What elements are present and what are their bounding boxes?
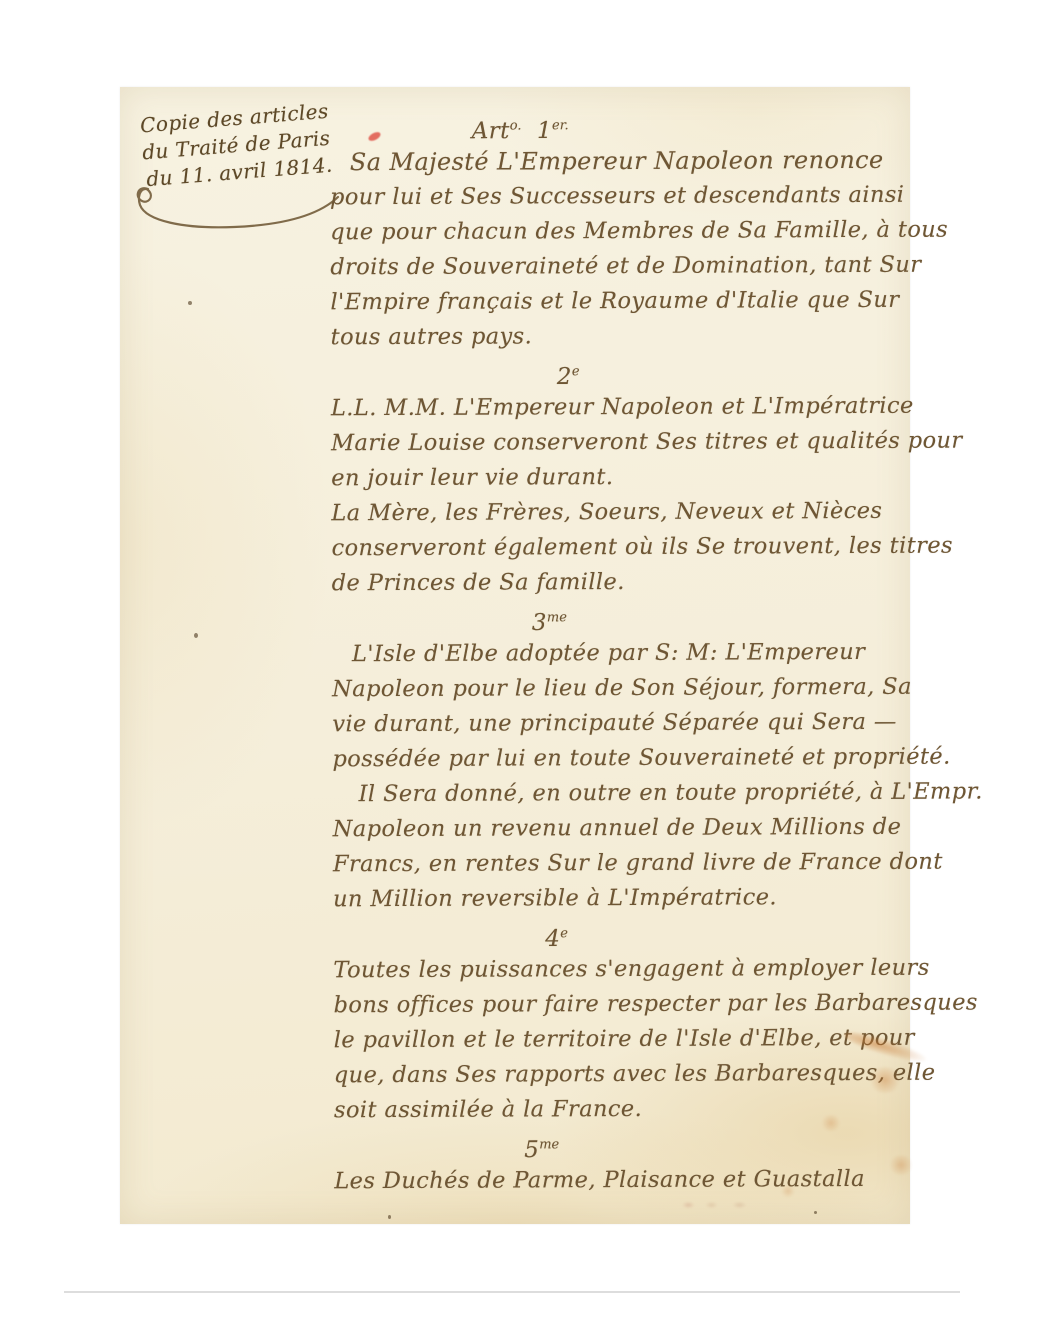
manuscript-body: Arto. 1er. Sa Majesté L'Empereur Napoleo… bbox=[330, 107, 917, 1200]
manuscript-line: Il Sera donné, en outre en toute proprié… bbox=[333, 775, 915, 813]
faint-pencil-smudge bbox=[680, 1199, 750, 1211]
manuscript-line: La Mère, les Frères, Soeurs, Neveux et N… bbox=[331, 494, 913, 532]
article-5: Les Duchés de Parme, Plaisance et Guasta… bbox=[334, 1162, 916, 1200]
manuscript-line: que pour chacun des Membres de Sa Famill… bbox=[330, 213, 912, 251]
manuscript-line: bons offices pour faire respecter par le… bbox=[333, 986, 915, 1024]
rust-stain bbox=[888, 1155, 914, 1175]
heading-label-sup: o. bbox=[510, 118, 522, 133]
article-number-suffix: e bbox=[572, 364, 580, 379]
screenshot-root: { "colors": { "paper": "#f5eeda", "ink":… bbox=[0, 0, 1040, 1338]
heading-number: 1 bbox=[537, 118, 552, 144]
article-number-3: 3me bbox=[332, 599, 914, 638]
article-number-value: 4 bbox=[545, 926, 560, 952]
ink-speck bbox=[388, 1215, 391, 1219]
manuscript-line: Francs, en rentes Sur le grand livre de … bbox=[333, 845, 915, 883]
manuscript-line: L'Isle d'Elbe adoptée par S: M: L'Empere… bbox=[332, 635, 914, 673]
manuscript-line: L.L. M.M. L'Empereur Napoleon et L'Impér… bbox=[331, 389, 913, 427]
ink-flourish bbox=[134, 183, 344, 233]
manuscript-line: en jouir leur vie durant. bbox=[331, 459, 913, 497]
rust-stain bbox=[780, 1185, 796, 1197]
manuscript-line: tous autres pays. bbox=[331, 318, 913, 356]
manuscript-line: Napoleon pour le lieu de Son Séjour, for… bbox=[332, 670, 914, 708]
heading-label: Art bbox=[472, 118, 510, 144]
manuscript-line: pour lui et Ses Successeurs et descendan… bbox=[330, 178, 912, 216]
manuscript-line: vie durant, une principauté Séparée qui … bbox=[332, 705, 914, 743]
manuscript-line: l'Empire français et le Royaume d'Italie… bbox=[330, 283, 912, 321]
manuscript-line: Les Duchés de Parme, Plaisance et Guasta… bbox=[334, 1162, 916, 1200]
article-number-suffix: me bbox=[547, 610, 567, 625]
article-number-value: 2 bbox=[557, 364, 572, 390]
manuscript-line: un Million reversible à L'Impératrice. bbox=[333, 880, 915, 918]
article-number-2: 2e bbox=[331, 353, 913, 392]
article-1: Sa Majesté L'Empereur Napoleon renonce p… bbox=[330, 143, 913, 356]
article-number-5: 5me bbox=[334, 1126, 916, 1165]
manuscript-line: que, dans Ses rapports avec les Barbares… bbox=[334, 1056, 916, 1094]
ink-speck bbox=[814, 1211, 817, 1214]
article-number-suffix: e bbox=[560, 926, 568, 941]
rust-stain bbox=[820, 1115, 842, 1131]
page-divider-line bbox=[64, 1291, 960, 1293]
article-number-value: 3 bbox=[532, 610, 547, 636]
manuscript-paper: Copie des articles du Traité de Paris du… bbox=[120, 87, 910, 1224]
manuscript-line: Marie Louise conserveront Ses titres et … bbox=[331, 424, 913, 462]
rust-stain bbox=[868, 1067, 902, 1093]
manuscript-line: Napoleon un revenu annuel de Deux Millio… bbox=[333, 810, 915, 848]
article-number-4: 4e bbox=[333, 915, 915, 954]
manuscript-line: le pavillon et le territoire de l'Isle d… bbox=[334, 1021, 916, 1059]
manuscript-line: possédée par lui en toute Souveraineté e… bbox=[332, 740, 914, 778]
manuscript-line: de Princes de Sa famille. bbox=[332, 564, 914, 602]
article-3: L'Isle d'Elbe adoptée par S: M: L'Empere… bbox=[332, 635, 915, 918]
manuscript-line: Sa Majesté L'Empereur Napoleon renonce bbox=[330, 143, 912, 181]
heading-number-sup: er. bbox=[552, 118, 569, 133]
article-heading: Arto. 1er. bbox=[330, 107, 912, 146]
article-number-suffix: me bbox=[539, 1137, 559, 1152]
article-4: Toutes les puissances s'engagent à emplo… bbox=[333, 951, 916, 1129]
ink-speck bbox=[188, 301, 192, 305]
ink-speck bbox=[194, 633, 198, 638]
manuscript-line: Toutes les puissances s'engagent à emplo… bbox=[333, 951, 915, 989]
manuscript-line: droits de Souveraineté et de Domination,… bbox=[330, 248, 912, 286]
article-number-value: 5 bbox=[524, 1137, 539, 1163]
manuscript-line: conserveront également où ils Se trouven… bbox=[331, 529, 913, 567]
article-2: L.L. M.M. L'Empereur Napoleon et L'Impér… bbox=[331, 389, 914, 602]
